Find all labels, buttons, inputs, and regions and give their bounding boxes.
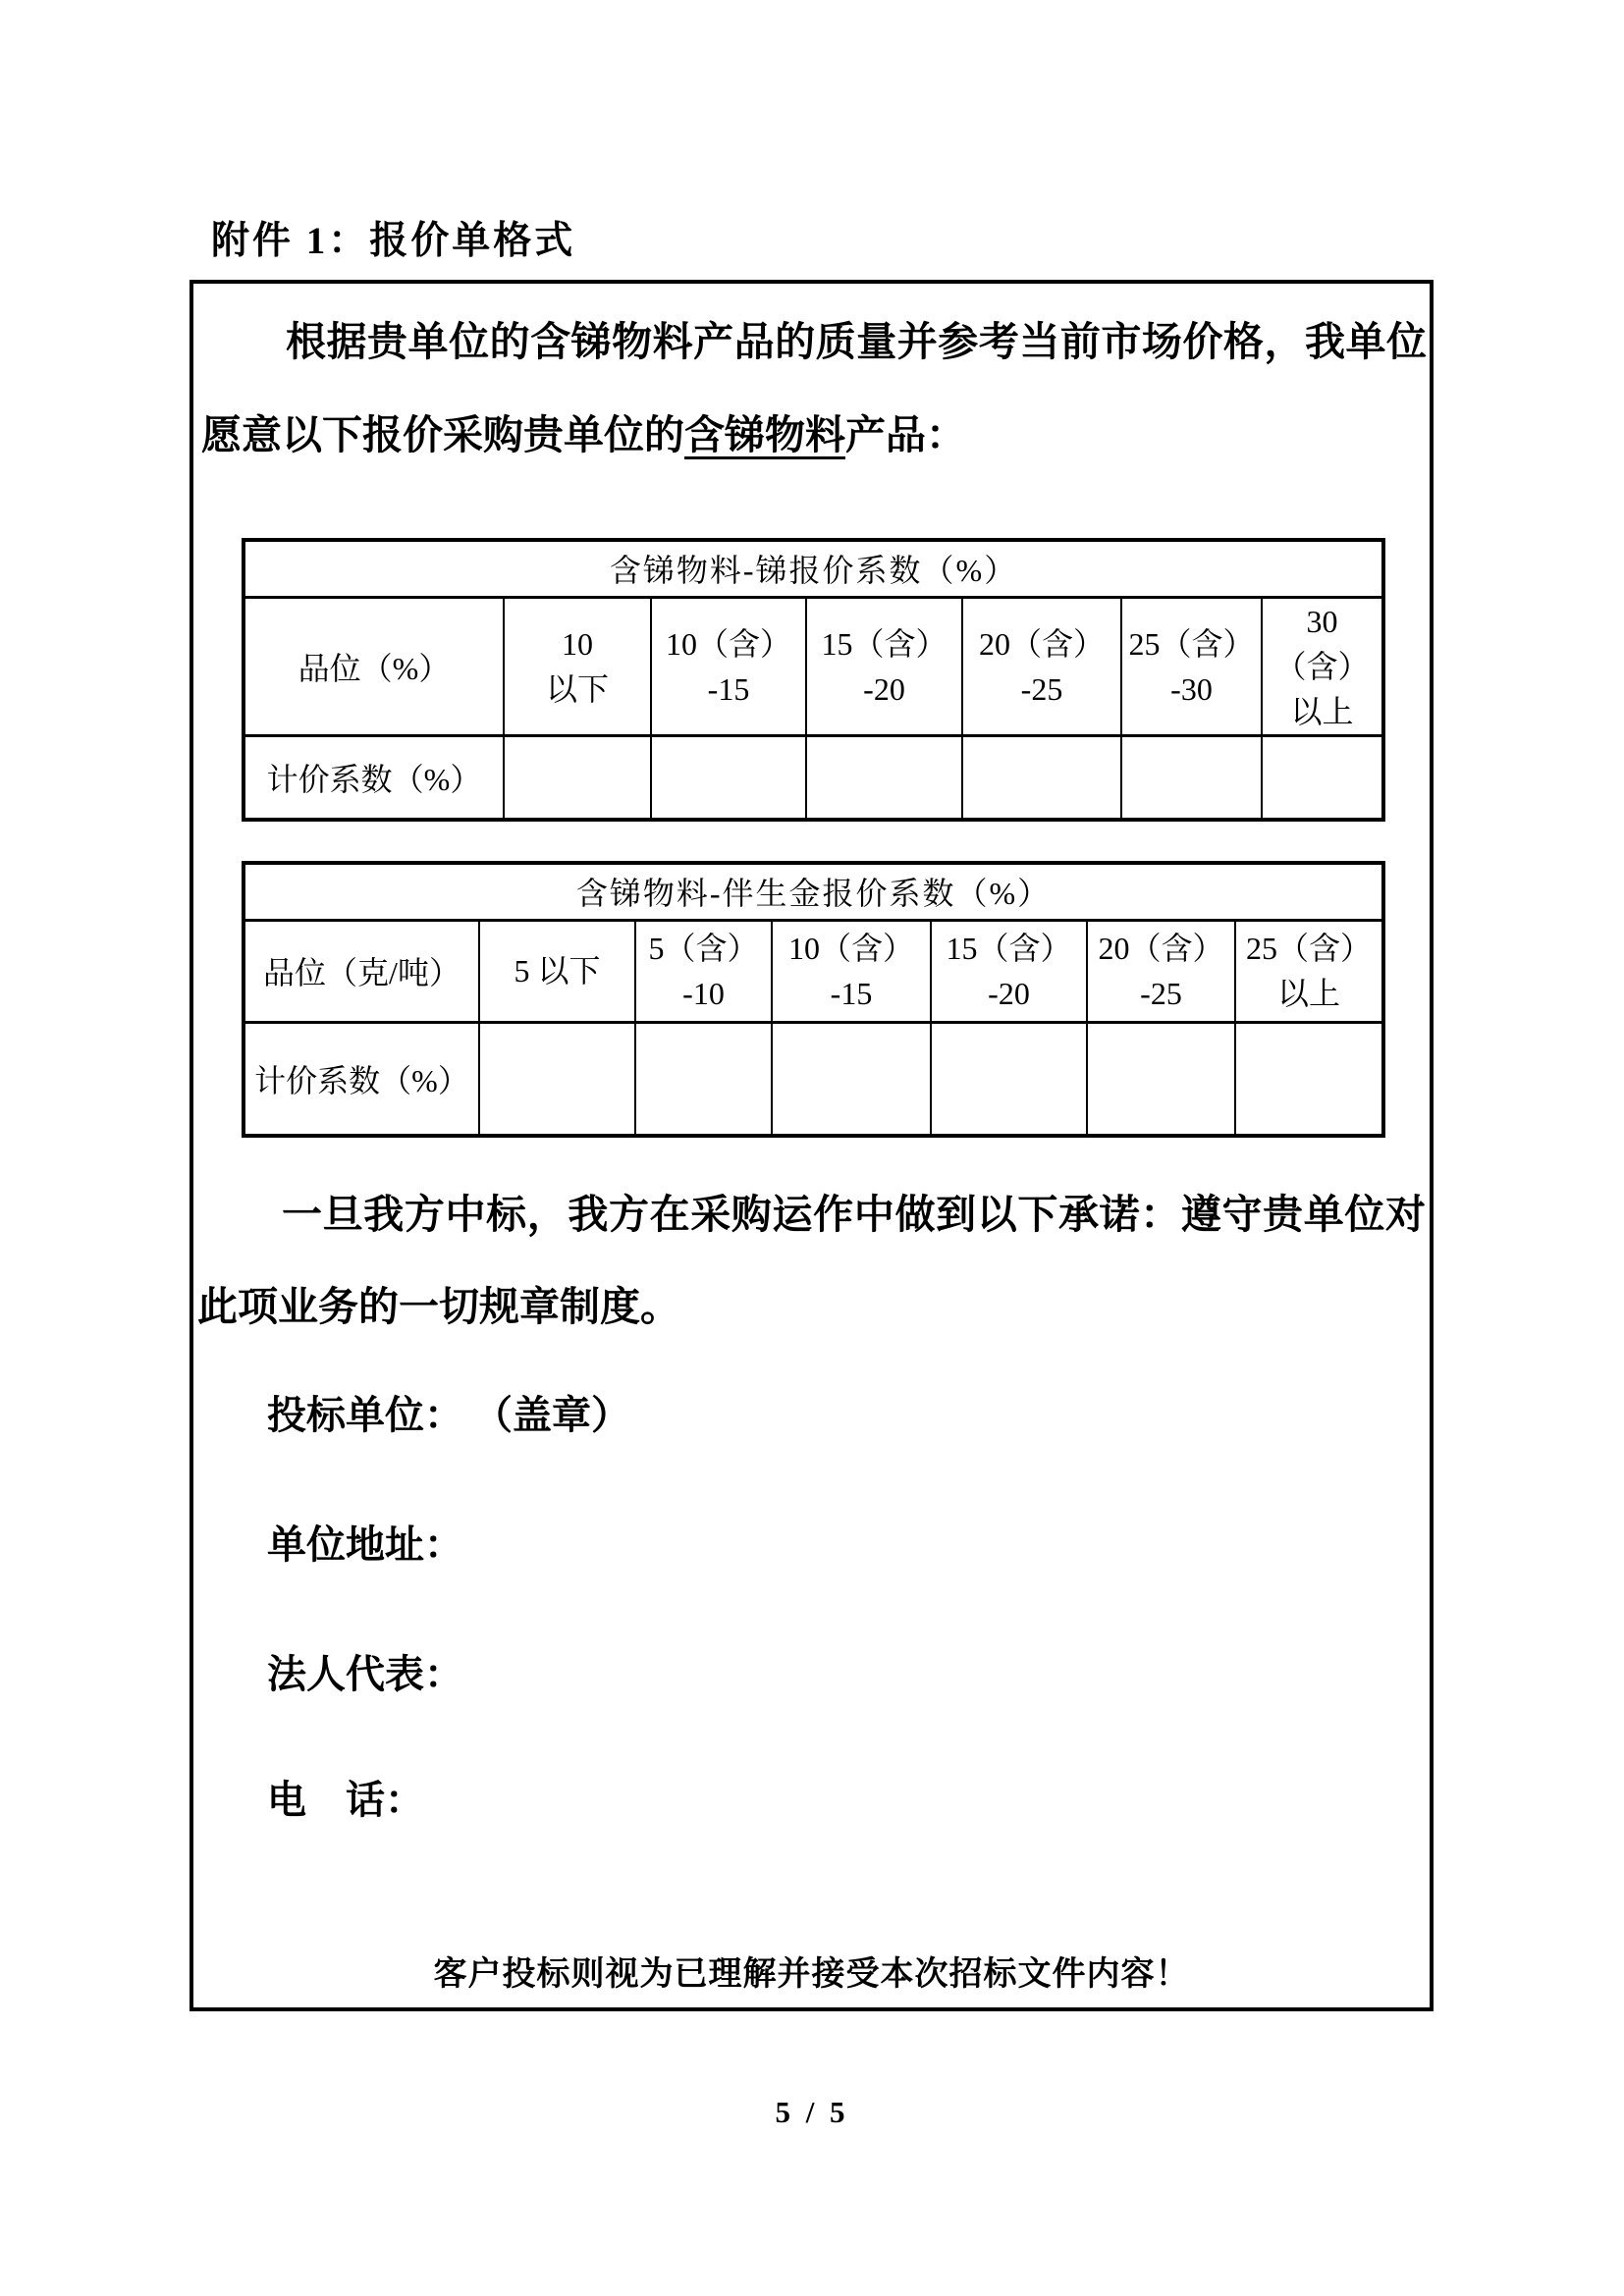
antimony-coefficient-input-cell[interactable] xyxy=(962,735,1121,820)
antimony-coefficient-row-label: 计价系数（%） xyxy=(244,735,504,820)
associated-gold-coefficient-table: 含锑物料-伴生金报价系数（%） 品位（克/吨） 5 以下 5（含） -10 10… xyxy=(242,861,1385,1138)
gold-coefficient-input-cell[interactable] xyxy=(772,1022,931,1136)
antimony-grade-range-cell: 15（含） -20 xyxy=(806,597,962,735)
antimony-grade-range-cell: 25（含） -30 xyxy=(1121,597,1262,735)
gold-grade-range-cell: 15（含） -20 xyxy=(931,920,1087,1022)
quotation-form-frame: 根据贵单位的含锑物料产品的质量并参考当前市场价格，我单位愿意以下报价采购贵单位的… xyxy=(189,280,1434,2011)
footer-notice: 客户投标则视为已理解并接受本次招标文件内容！ xyxy=(193,1947,1430,1995)
gold-grade-range-cell: 5（含） -10 xyxy=(635,920,772,1022)
antimony-grade-range-cell: 30（含） 以上 xyxy=(1262,597,1383,735)
gold-grade-range-cell: 20（含） -25 xyxy=(1087,920,1235,1022)
gold-coefficient-row-label: 计价系数（%） xyxy=(244,1022,479,1136)
antimony-coefficient-input-cell[interactable] xyxy=(806,735,962,820)
legal-representative-label: 法人代表： xyxy=(267,1652,463,1697)
antimony-coefficient-input-cell[interactable] xyxy=(504,735,651,820)
gold-grade-range-cell: 10（含） -15 xyxy=(772,920,931,1022)
antimony-coefficient-input-cell[interactable] xyxy=(651,735,806,820)
gold-coefficient-input-cell[interactable] xyxy=(931,1022,1087,1136)
gold-grade-row-label: 品位（克/吨） xyxy=(244,920,479,1022)
antimony-table-title: 含锑物料-锑报价系数（%） xyxy=(244,540,1383,597)
attachment-title: 附件 1：报价单格式 xyxy=(211,210,575,265)
antimony-coefficient-input-cell[interactable] xyxy=(1121,735,1262,820)
commitment-paragraph: 一旦我方中标，我方在采购运作中做到以下承诺：遵守贵单位对此项业务的一切规章制度。 xyxy=(193,1168,1430,1353)
gold-grade-range-cell: 5 以下 xyxy=(479,920,635,1022)
antimony-grade-range-cell: 20（含） -25 xyxy=(962,597,1121,735)
antimony-grade-range-cell: 10 以下 xyxy=(504,597,651,735)
antimony-grade-row-label: 品位（%） xyxy=(244,597,504,735)
intro-text-after: 产品： xyxy=(845,412,966,457)
antimony-coefficient-input-cell[interactable] xyxy=(1262,735,1383,820)
gold-coefficient-input-cell[interactable] xyxy=(1235,1022,1383,1136)
intro-paragraph: 根据贵单位的含锑物料产品的质量并参考当前市场价格，我单位愿意以下报价采购贵单位的… xyxy=(201,295,1427,482)
unit-address-label: 单位地址： xyxy=(267,1522,463,1568)
page-number: 5 / 5 xyxy=(0,2095,1624,2130)
gold-coefficient-input-cell[interactable] xyxy=(479,1022,635,1136)
bidder-unit-label: 投标单位： （盖章） xyxy=(267,1393,630,1438)
antimony-coefficient-table: 含锑物料-锑报价系数（%） 品位（%） 10 以下 10（含） -15 15（含… xyxy=(242,538,1385,822)
gold-coefficient-input-cell[interactable] xyxy=(635,1022,772,1136)
gold-grade-range-cell: 25（含） 以上 xyxy=(1235,920,1383,1022)
phone-label: 电 话： xyxy=(267,1778,424,1823)
antimony-grade-range-cell: 10（含） -15 xyxy=(651,597,806,735)
gold-table-title: 含锑物料-伴生金报价系数（%） xyxy=(244,863,1383,920)
gold-coefficient-input-cell[interactable] xyxy=(1087,1022,1235,1136)
intro-underlined-material: 含锑物料 xyxy=(684,412,845,457)
